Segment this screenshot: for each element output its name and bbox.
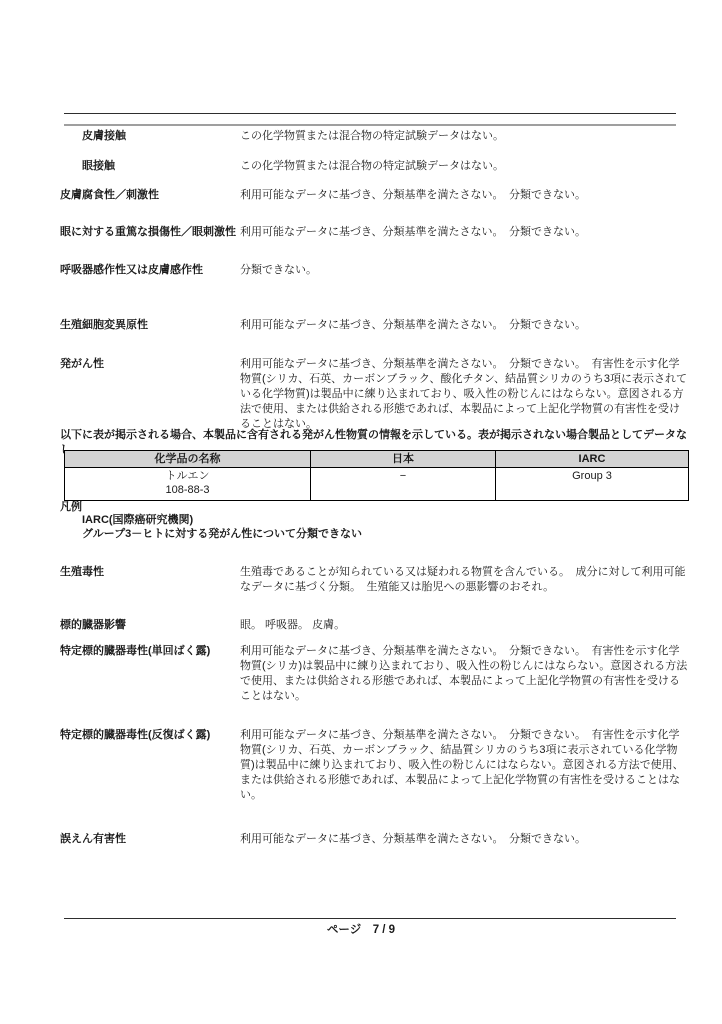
cell-chemical-name: トルエン 108-88-3 — [65, 468, 311, 501]
cell-japan: − — [311, 468, 496, 501]
legend-group3-line: グループ3－ヒトに対する発がん性について分類できない — [82, 528, 362, 541]
cas-number: 108-88-3 — [67, 483, 308, 497]
field-value: 生殖毒であることが知られている又は疑われる物質を含んでいる。 成分に対して利用可… — [240, 565, 690, 595]
footer-rule — [64, 918, 676, 919]
hazard-row-germ-cell-mutagenicity: 生殖細胞変異原性 利用可能なデータに基づき、分類基準を満たさない。 分類できない… — [60, 318, 690, 333]
hazard-row-aspiration-hazard: 誤えん有害性 利用可能なデータに基づき、分類基準を満たさない。 分類できない。 — [60, 832, 690, 847]
hazard-row-skin-corrosion: 皮膚腐食性／刺激性 利用可能なデータに基づき、分類基準を満たさない。 分類できな… — [60, 188, 690, 203]
hazard-row-skin-contact: 皮膚接触 この化学物質または混合物の特定試験データはない。 — [60, 129, 690, 144]
field-value: 分類できない。 — [240, 263, 317, 278]
col-header-iarc: IARC — [496, 451, 689, 468]
field-value: 利用可能なデータに基づき、分類基準を満たさない。 分類できない。 有害性を示す化… — [240, 728, 690, 803]
top-rule-primary — [64, 113, 676, 114]
field-label: 呼吸器感作性又は皮膚感作性 — [60, 263, 240, 278]
field-label: 特定標的臓器毒性(反復ばく露) — [60, 728, 240, 743]
field-label: 皮膚腐食性／刺激性 — [60, 188, 240, 203]
col-header-japan: 日本 — [311, 451, 496, 468]
hazard-row-target-organ-effects: 標的臓器影響 眼。 呼吸器。 皮膚。 — [60, 618, 690, 633]
legend-iarc-line: IARC(国際癌研究機関) — [82, 514, 193, 527]
field-value: 眼。 呼吸器。 皮膚。 — [240, 618, 345, 633]
field-label: 誤えん有害性 — [60, 832, 240, 847]
field-value: 利用可能なデータに基づき、分類基準を満たさない。 分類できない。 有害性を示す化… — [240, 644, 690, 704]
hazard-row-eye-contact: 眼接触 この化学物質または混合物の特定試験データはない。 — [60, 159, 690, 174]
field-value: 利用可能なデータに基づき、分類基準を満たさない。 分類できない。 — [240, 188, 586, 203]
legend-title: 凡例 — [60, 501, 82, 514]
field-value: この化学物質または混合物の特定試験データはない。 — [240, 129, 504, 144]
hazard-row-stot-single: 特定標的臓器毒性(単回ばく露) 利用可能なデータに基づき、分類基準を満たさない。… — [60, 644, 690, 704]
sds-page: { "colors": { "text": "#1a1a1a", "rule_d… — [0, 0, 722, 1024]
table-row: トルエン 108-88-3 − Group 3 — [65, 468, 689, 501]
field-label: 発がん性 — [60, 357, 240, 372]
table-header-row: 化学品の名称 日本 IARC — [65, 451, 689, 468]
field-value: 利用可能なデータに基づき、分類基準を満たさない。 分類できない。 — [240, 318, 586, 333]
field-value: 利用可能なデータに基づき、分類基準を満たさない。 分類できない。 有害性を示す化… — [240, 357, 690, 432]
field-label: 皮膚接触 — [60, 129, 240, 144]
field-label: 生殖細胞変異原性 — [60, 318, 240, 333]
cell-iarc: Group 3 — [496, 468, 689, 501]
hazard-row-stot-repeated: 特定標的臓器毒性(反復ばく露) 利用可能なデータに基づき、分類基準を満たさない。… — [60, 728, 690, 803]
chemical-name: トルエン — [67, 469, 308, 483]
field-label: 眼に対する重篤な損傷性／眼刺激性 — [60, 225, 240, 240]
hazard-row-reproductive-toxicity: 生殖毒性 生殖毒であることが知られている又は疑われる物質を含んでいる。 成分に対… — [60, 565, 690, 595]
col-header-chemical-name: 化学品の名称 — [65, 451, 311, 468]
top-rule-secondary — [64, 124, 676, 126]
field-value: この化学物質または混合物の特定試験データはない。 — [240, 159, 504, 174]
hazard-row-carcinogenicity: 発がん性 利用可能なデータに基づき、分類基準を満たさない。 分類できない。 有害… — [60, 357, 690, 432]
hazard-row-sensitization: 呼吸器感作性又は皮膚感作性 分類できない。 — [60, 263, 690, 278]
field-label: 特定標的臓器毒性(単回ばく露) — [60, 644, 240, 659]
field-label: 生殖毒性 — [60, 565, 240, 580]
field-label: 眼接触 — [60, 159, 240, 174]
page-number: ページ 7 / 9 — [0, 921, 722, 937]
hazard-row-eye-damage: 眼に対する重篤な損傷性／眼刺激性 利用可能なデータに基づき、分類基準を満たさない… — [60, 225, 690, 240]
carcinogen-table: 化学品の名称 日本 IARC トルエン 108-88-3 − Group 3 — [64, 450, 689, 501]
field-value: 利用可能なデータに基づき、分類基準を満たさない。 分類できない。 — [240, 832, 586, 847]
field-value: 利用可能なデータに基づき、分類基準を満たさない。 分類できない。 — [240, 225, 586, 240]
field-label: 標的臓器影響 — [60, 618, 240, 633]
